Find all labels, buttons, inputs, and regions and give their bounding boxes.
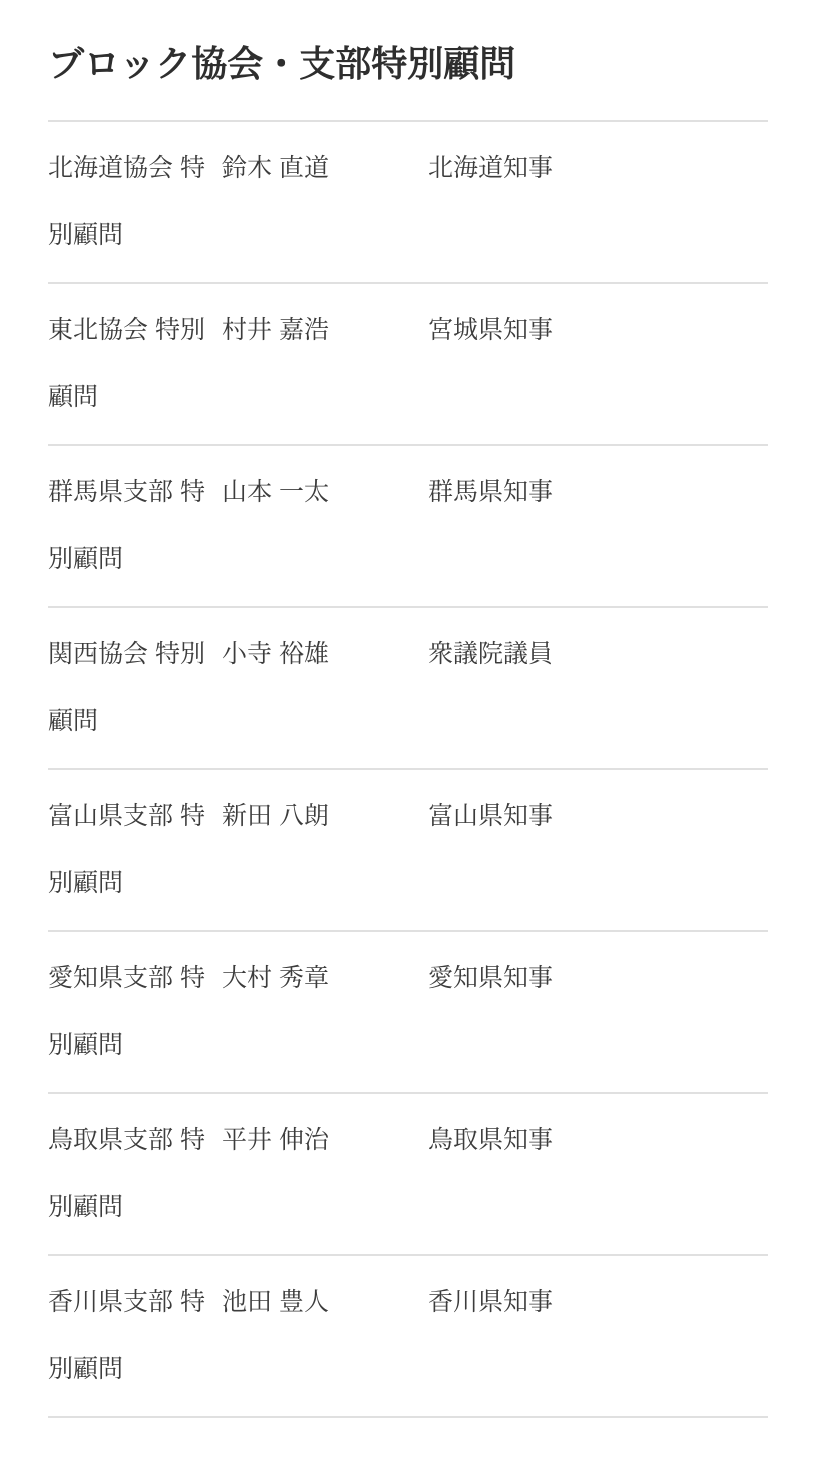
table-row: 東北協会 特別顧問 村井 嘉浩 宮城県知事 — [48, 283, 768, 445]
advisor-position: 愛知県知事 — [428, 931, 768, 1093]
advisor-position: 群馬県知事 — [428, 445, 768, 607]
advisors-page: ブロック協会・支部特別顧問 北海道協会 特別顧問 鈴木 直道 北海道知事 東北協… — [0, 42, 822, 1418]
advisor-organization: 愛知県支部 特別顧問 — [48, 931, 222, 1093]
page-title: ブロック協会・支部特別顧問 — [48, 42, 768, 85]
advisor-name: 新田 八朗 — [222, 769, 428, 931]
table-row: 関西協会 特別顧問 小寺 裕雄 衆議院議員 — [48, 607, 768, 769]
advisor-organization: 北海道協会 特別顧問 — [48, 121, 222, 283]
advisor-organization: 東北協会 特別顧問 — [48, 283, 222, 445]
advisor-name: 山本 一太 — [222, 445, 428, 607]
advisor-name: 平井 伸治 — [222, 1093, 428, 1255]
advisor-organization: 富山県支部 特別顧問 — [48, 769, 222, 931]
advisors-table-body: 北海道協会 特別顧問 鈴木 直道 北海道知事 東北協会 特別顧問 村井 嘉浩 宮… — [48, 121, 768, 1417]
advisors-table: 北海道協会 特別顧問 鈴木 直道 北海道知事 東北協会 特別顧問 村井 嘉浩 宮… — [48, 120, 768, 1418]
advisor-name: 村井 嘉浩 — [222, 283, 428, 445]
advisor-organization: 香川県支部 特別顧問 — [48, 1255, 222, 1417]
table-row: 鳥取県支部 特別顧問 平井 伸治 鳥取県知事 — [48, 1093, 768, 1255]
advisor-position: 香川県知事 — [428, 1255, 768, 1417]
advisor-position: 鳥取県知事 — [428, 1093, 768, 1255]
advisor-position: 富山県知事 — [428, 769, 768, 931]
table-row: 香川県支部 特別顧問 池田 豊人 香川県知事 — [48, 1255, 768, 1417]
advisor-position: 宮城県知事 — [428, 283, 768, 445]
table-row: 群馬県支部 特別顧問 山本 一太 群馬県知事 — [48, 445, 768, 607]
advisor-name: 大村 秀章 — [222, 931, 428, 1093]
advisor-organization: 関西協会 特別顧問 — [48, 607, 222, 769]
advisor-name: 小寺 裕雄 — [222, 607, 428, 769]
table-row: 愛知県支部 特別顧問 大村 秀章 愛知県知事 — [48, 931, 768, 1093]
advisor-name: 鈴木 直道 — [222, 121, 428, 283]
advisor-name: 池田 豊人 — [222, 1255, 428, 1417]
table-row: 富山県支部 特別顧問 新田 八朗 富山県知事 — [48, 769, 768, 931]
advisor-organization: 群馬県支部 特別顧問 — [48, 445, 222, 607]
advisor-organization: 鳥取県支部 特別顧問 — [48, 1093, 222, 1255]
advisor-position: 衆議院議員 — [428, 607, 768, 769]
advisor-position: 北海道知事 — [428, 121, 768, 283]
table-row: 北海道協会 特別顧問 鈴木 直道 北海道知事 — [48, 121, 768, 283]
